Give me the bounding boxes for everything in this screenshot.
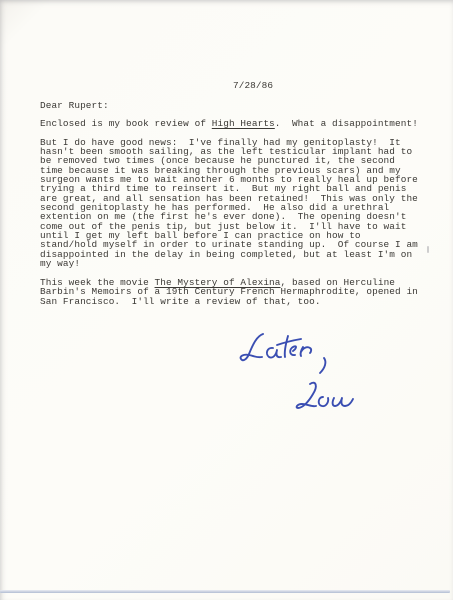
letter-paragraph: Enclosed is my book review of High Heart… (40, 119, 435, 128)
scan-smudge (427, 246, 429, 253)
paper-bottom-edge (0, 590, 450, 593)
underlined-title: High Hearts (212, 118, 275, 129)
letter-line: disappointed in the delay in being compl… (40, 250, 435, 259)
letter-paragraph: This week the movie The Mystery of Alexi… (40, 278, 435, 306)
letter-text: San Francisco. I'll write a review of th… (40, 296, 321, 307)
letter-line: my way! (40, 259, 435, 268)
letter-text: my way! (40, 258, 80, 269)
signature-block (230, 318, 370, 428)
signature-name-handwriting (297, 383, 353, 408)
letter-text: Enclosed is my book review of (40, 118, 212, 129)
letter-line: San Francisco. I'll write a review of th… (40, 297, 435, 306)
signature-closing-handwriting (241, 334, 326, 373)
letter-salutation: Dear Rupert: (40, 101, 109, 110)
letter-paragraph: But I do have good news: I've finally ha… (40, 138, 435, 269)
letter-page: 7/28/86 Dear Rupert: Enclosed is my book… (0, 0, 453, 600)
letter-body: Enclosed is my book review of High Heart… (40, 119, 435, 315)
letter-text: . What a disappointment! (275, 118, 418, 129)
handwritten-signature (230, 318, 370, 428)
letter-text: disappointed in the delay in being compl… (40, 249, 412, 260)
letter-line: Enclosed is my book review of High Heart… (40, 119, 435, 128)
letter-date: 7/28/86 (233, 81, 273, 90)
